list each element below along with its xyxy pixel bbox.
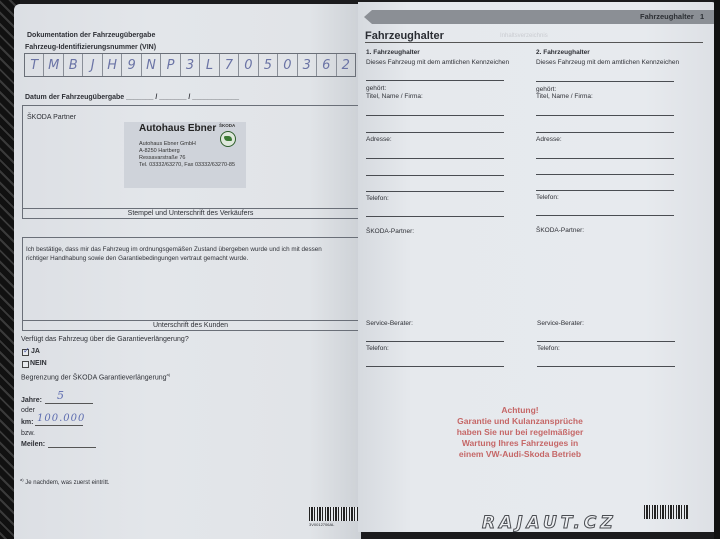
owner-2-heading: 2. Fahrzeughalter — [536, 49, 590, 56]
owner-1-advisor-line[interactable] — [366, 341, 504, 342]
years-field-line — [45, 403, 93, 404]
handover-date-label[interactable]: Datum der Fahrzeugübergabe _______ / ___… — [25, 94, 239, 101]
stamp-line-3: Ressavarstraße 76 — [139, 155, 185, 161]
vin-char-cell[interactable]: 0 — [278, 54, 297, 76]
vin-char-cell[interactable]: 3 — [298, 54, 317, 76]
km-value[interactable]: 100.000 — [37, 413, 85, 424]
owner-1-partner-label: ŠKODA-Partner: — [366, 228, 414, 235]
km-field-line — [35, 425, 83, 426]
barcode-left — [309, 507, 359, 521]
vin-char-cell[interactable]: P — [161, 54, 180, 76]
vin-char-cell[interactable]: 2 — [337, 54, 355, 76]
vin-char-cell[interactable]: N — [142, 54, 161, 76]
owner-2-phone-label: Telefon: — [536, 194, 559, 201]
barcode-right — [644, 505, 688, 519]
owner-2-address-label: Adresse: — [536, 136, 562, 143]
warning-line-1: Achtung! — [440, 405, 600, 416]
warning-line-3: haben Sie nur bei regelmäßiger — [440, 427, 600, 438]
handover-doc-title: Dokumentation der Fahrzeugübergabe — [27, 32, 155, 39]
vin-char-cell[interactable]: L — [200, 54, 219, 76]
owner-1-name-label: Titel, Name / Firma: — [366, 93, 423, 100]
vin-char-cell[interactable]: 7 — [220, 54, 239, 76]
owner-2-advisor-phone-label: Telefon: — [537, 345, 560, 352]
check-mark-icon: ✓ — [23, 346, 30, 355]
stamp-dealer-name: Autohaus Ebner — [139, 123, 216, 134]
header-section-title: Fahrzeughalter — [640, 12, 694, 21]
owner-1-heading: 1. Fahrzeughalter — [366, 49, 420, 56]
vin-char-cell[interactable]: 3 — [181, 54, 200, 76]
option-nein-label: NEIN — [30, 360, 47, 367]
owner-2-phone-line[interactable] — [536, 215, 674, 216]
option-ja-label: JA — [31, 348, 40, 355]
owner-1-name-line-2[interactable] — [366, 132, 504, 133]
vin-char-cell[interactable]: J — [83, 54, 102, 76]
vin-char-cell[interactable]: 0 — [239, 54, 258, 76]
owner-1-address-line-1[interactable] — [366, 158, 504, 159]
warning-line-5: einem VW-Audi-Skoda Betrieb — [440, 449, 600, 460]
confirmation-text-1: Ich bestätige, dass mir das Fahrzeug im … — [26, 246, 322, 253]
stamp-line-4: Tel. 03332/63270, Fax 03332/63270-85 — [139, 162, 235, 168]
skoda-logo-icon — [220, 131, 236, 147]
owner-2-address-line-1[interactable] — [536, 158, 674, 159]
stamp-skoda-brand: ŠKODA — [219, 123, 235, 128]
owner-1-advisor-phone-line[interactable] — [366, 366, 504, 367]
bzw-label: bzw. — [21, 430, 35, 437]
rajaut-watermark: RAJAUT.CZ — [482, 513, 617, 533]
owner-1-plate-line[interactable] — [366, 80, 504, 81]
checkbox-ja[interactable]: ✓ — [22, 349, 29, 356]
section-title: Fahrzeughalter — [365, 30, 444, 42]
miles-field-line[interactable] — [48, 447, 96, 448]
owner-1-advisor-label: Service-Berater: — [366, 320, 413, 327]
owner-2-address-line-2[interactable] — [536, 174, 674, 175]
footnote-ref: a) — [167, 372, 171, 377]
vin-char-cell[interactable]: T — [25, 54, 44, 76]
owner-1-phone-label: Telefon: — [366, 195, 389, 202]
owner-1-phone-line[interactable] — [366, 216, 504, 217]
owner-1-intro: Dieses Fahrzeug mit dem amtlichen Kennze… — [366, 59, 509, 66]
owner-2-advisor-phone-line[interactable] — [537, 366, 675, 367]
skoda-partner-label: ŠKODA Partner — [27, 114, 76, 121]
owner-1-name-line-1[interactable] — [366, 115, 504, 116]
vin-char-cell[interactable]: 5 — [259, 54, 278, 76]
vin-char-cell[interactable]: M — [44, 54, 63, 76]
vin-char-cell[interactable]: 9 — [122, 54, 141, 76]
warning-line-4: Wartung Ihres Fahrzeuges in — [440, 438, 600, 449]
vin-char-cell[interactable]: 6 — [317, 54, 336, 76]
checkbox-nein[interactable] — [22, 361, 29, 368]
warranty-limit-text: Begrenzung der ŠKODA Garantieverlängerun… — [21, 374, 167, 381]
warning-line-2: Garantie und Kulanzansprüche — [440, 416, 600, 427]
owner-2-intro: Dieses Fahrzeug mit dem amtlichen Kennze… — [536, 59, 679, 66]
owner-1-address-line-3[interactable] — [366, 191, 504, 192]
owner-2-plate-line[interactable] — [536, 81, 674, 82]
owner-2-partner-label: ŠKODA-Partner: — [536, 227, 584, 234]
barcode-left-text: 3V0012706AL — [309, 522, 334, 527]
owner-1-address-label: Adresse: — [366, 136, 392, 143]
background-edge — [714, 0, 720, 539]
km-label: km: — [21, 419, 33, 426]
warning-stamp: Achtung! Garantie und Kulanzansprüche ha… — [440, 405, 600, 460]
footnote-marker: a) — [20, 477, 24, 482]
years-value[interactable]: 5 — [57, 389, 64, 402]
owner-2-name-line-2[interactable] — [536, 132, 674, 133]
vin-field[interactable]: TMBJH9NP3L7050362 — [24, 53, 356, 77]
stamp-line-2: A-8250 Hartberg — [139, 148, 180, 154]
footnote: a) Je nachdem, was zuerst eintritt. — [20, 477, 110, 486]
bleed-through-text: Inhaltsverzeichnis — [500, 33, 548, 39]
miles-label: Meilen: — [21, 441, 45, 448]
title-divider — [365, 42, 703, 43]
seller-signature-caption: Stempel und Unterschrift des Verkäufers — [23, 208, 358, 218]
vin-char-cell[interactable]: H — [103, 54, 122, 76]
owner-2-name-label: Titel, Name / Firma: — [536, 93, 593, 100]
owner-1-advisor-phone-label: Telefon: — [366, 345, 389, 352]
owner-1-address-line-2[interactable] — [366, 175, 504, 176]
stamp-line-1: Autohaus Ebner GmbH — [139, 141, 196, 147]
owner-2-advisor-line[interactable] — [537, 341, 675, 342]
vin-char-cell[interactable]: B — [64, 54, 83, 76]
warranty-extension-question: Verfügt das Fahrzeug über die Garantieve… — [21, 336, 189, 343]
page-number: 1 — [700, 12, 704, 21]
owner-2-belongs: gehört: — [536, 86, 556, 93]
footnote-text: Je nachdem, was zuerst eintritt. — [25, 480, 109, 486]
warranty-limit-label: Begrenzung der ŠKODA Garantieverlängerun… — [21, 372, 170, 381]
owner-1-belongs: gehört: — [366, 85, 386, 92]
owner-2-advisor-label: Service-Berater: — [537, 320, 584, 327]
customer-signature-caption: Unterschrift des Kunden — [23, 320, 358, 330]
years-label: Jahre: — [21, 397, 42, 404]
vin-label: Fahrzeug-Identifizierungsnummer (VIN) — [25, 44, 156, 51]
owner-2-address-line-3[interactable] — [536, 190, 674, 191]
oder-label: oder — [21, 407, 35, 414]
owner-2-name-line-1[interactable] — [536, 115, 674, 116]
confirmation-text-2: richtiger Handhabung sowie den Garantieb… — [26, 255, 248, 262]
